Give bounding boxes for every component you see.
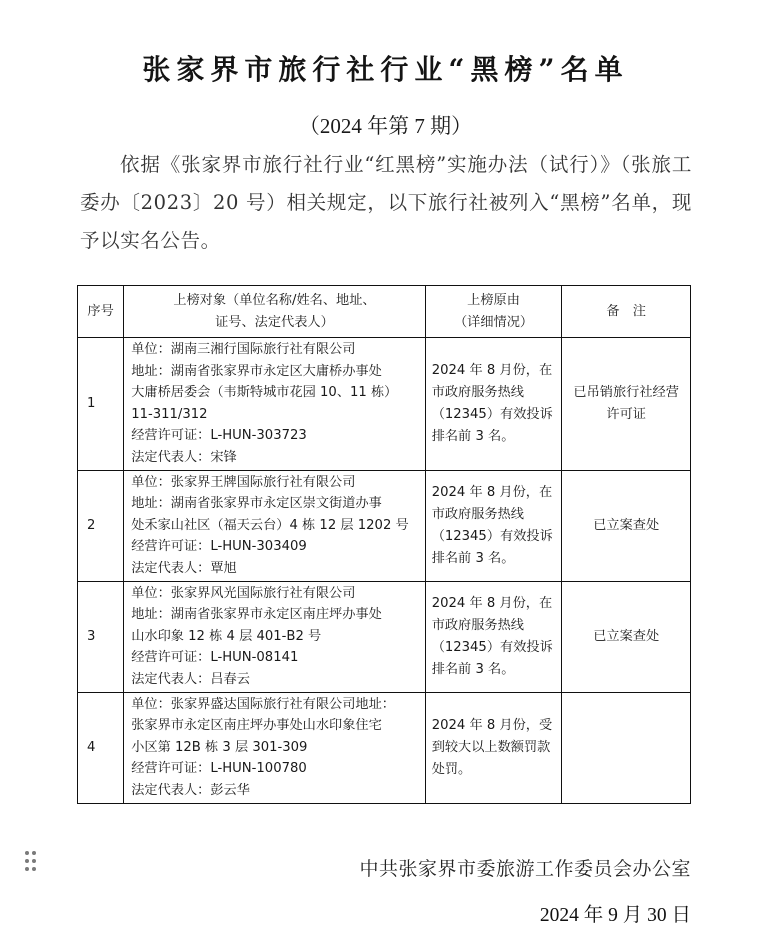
target-unit: 单位：湖南三湘行国际旅行社有限公司: [131, 339, 420, 361]
header-target-line2: 证号、法定代表人）: [124, 312, 424, 334]
reason-text: 2024 年 8 月份，受到较大以上数额罚款处罚。: [432, 715, 558, 781]
row-number: 4: [78, 692, 124, 803]
target-address-cont: 大庸桥居委会（韦斯特城市花园 10、11 栋）: [131, 382, 420, 404]
target-address: 地址：湖南省张家界市永定区南庄坪办事处: [131, 604, 420, 626]
row-reason: 2024 年 8 月份，在市政府服务热线（12345）有效投诉排名前 3 名。: [425, 470, 562, 581]
row-target: 单位：张家界风光国际旅行社有限公司 地址：湖南省张家界市永定区南庄坪办事处 山水…: [124, 581, 425, 692]
target-address: 地址：湖南省张家界市永定区大庸桥办事处: [131, 361, 420, 383]
reason-text: 2024 年 8 月份，在市政府服务热线（12345）有效投诉排名前 3 名。: [432, 360, 558, 448]
target-address-cont: 11-311/312: [131, 404, 420, 426]
document-title: 张家界市旅行社行业“黑榜”名单: [0, 48, 771, 88]
table-row: 1 单位：湖南三湘行国际旅行社有限公司 地址：湖南省张家界市永定区大庸桥办事处 …: [78, 338, 691, 471]
row-number: 3: [78, 581, 124, 692]
header-target: 上榜对象（单位名称/姓名、地址、 证号、法定代表人）: [124, 286, 425, 338]
row-reason: 2024 年 8 月份，受到较大以上数额罚款处罚。: [425, 692, 562, 803]
row-target: 单位：湖南三湘行国际旅行社有限公司 地址：湖南省张家界市永定区大庸桥办事处 大庸…: [124, 338, 425, 471]
row-note: 已立案查处: [562, 581, 691, 692]
target-legal-rep: 法定代表人：彭云华: [131, 780, 420, 802]
target-license: 经营许可证：L-HUN-303409: [131, 536, 420, 558]
target-address-cont: 处禾家山社区（福天云台）4 栋 12 层 1202 号: [131, 515, 420, 537]
header-reason: 上榜原由 （详细情况）: [425, 286, 562, 338]
row-number: 2: [78, 470, 124, 581]
issue-date: 2024 年 9 月 30 日: [540, 899, 691, 927]
header-reason-line1: 上榜原由: [426, 290, 562, 312]
target-legal-rep: 法定代表人：吕春云: [131, 669, 420, 691]
row-note: [562, 692, 691, 803]
row-target: 单位：张家界盛达国际旅行社有限公司地址： 张家界市永定区南庄坪办事处山水印象住宅…: [124, 692, 425, 803]
row-target: 单位：张家界王牌国际旅行社有限公司 地址：湖南省张家界市永定区崇文街道办事 处禾…: [124, 470, 425, 581]
reason-text: 2024 年 8 月份，在市政府服务热线（12345）有效投诉排名前 3 名。: [432, 482, 558, 570]
target-address-cont: 山水印象 12 栋 4 层 401-B2 号: [131, 626, 420, 648]
target-unit: 单位：张家界风光国际旅行社有限公司: [131, 583, 420, 605]
issuing-organization: 中共张家界市委旅游工作委员会办公室: [359, 854, 691, 881]
table-row: 3 单位：张家界风光国际旅行社有限公司 地址：湖南省张家界市永定区南庄坪办事处 …: [78, 581, 691, 692]
blacklist-table: 序号 上榜对象（单位名称/姓名、地址、 证号、法定代表人） 上榜原由 （详细情况…: [77, 285, 691, 804]
target-legal-rep: 法定代表人：宋锋: [131, 447, 420, 469]
header-note: 备 注: [562, 286, 691, 338]
table-row: 4 单位：张家界盛达国际旅行社有限公司地址： 张家界市永定区南庄坪办事处山水印象…: [78, 692, 691, 803]
target-address-cont: 张家界市永定区南庄坪办事处山水印象住宅: [131, 715, 420, 737]
row-note: 已吊销旅行社经营许可证: [562, 338, 691, 471]
header-target-line1: 上榜对象（单位名称/姓名、地址、: [124, 290, 424, 312]
target-address: 地址：湖南省张家界市永定区崇文街道办事: [131, 493, 420, 515]
row-reason: 2024 年 8 月份，在市政府服务热线（12345）有效投诉排名前 3 名。: [425, 581, 562, 692]
table-header-row: 序号 上榜对象（单位名称/姓名、地址、 证号、法定代表人） 上榜原由 （详细情况…: [78, 286, 691, 338]
grip-dots-icon[interactable]: [25, 851, 39, 873]
target-license: 经营许可证：L-HUN-100780: [131, 758, 420, 780]
header-reason-line2: （详细情况）: [426, 312, 562, 334]
intro-paragraph: 依据《张家界市旅行社行业“红黑榜”实施办法（试行）》（张旅工委办〔2023〕20…: [80, 146, 692, 260]
row-number: 1: [78, 338, 124, 471]
row-note: 已立案查处: [562, 470, 691, 581]
issue-number: （2024 年第 7 期）: [0, 110, 771, 140]
target-address-cont: 小区第 12B 栋 3 层 301-309: [131, 737, 420, 759]
target-legal-rep: 法定代表人：覃旭: [131, 558, 420, 580]
target-license: 经营许可证：L-HUN-08141: [131, 647, 420, 669]
target-unit: 单位：张家界王牌国际旅行社有限公司: [131, 472, 420, 494]
header-no: 序号: [78, 286, 124, 338]
row-reason: 2024 年 8 月份，在市政府服务热线（12345）有效投诉排名前 3 名。: [425, 338, 562, 471]
target-license: 经营许可证：L-HUN-303723: [131, 425, 420, 447]
reason-text: 2024 年 8 月份，在市政府服务热线（12345）有效投诉排名前 3 名。: [432, 593, 558, 681]
table-row: 2 单位：张家界王牌国际旅行社有限公司 地址：湖南省张家界市永定区崇文街道办事 …: [78, 470, 691, 581]
target-unit: 单位：张家界盛达国际旅行社有限公司地址：: [131, 694, 420, 716]
